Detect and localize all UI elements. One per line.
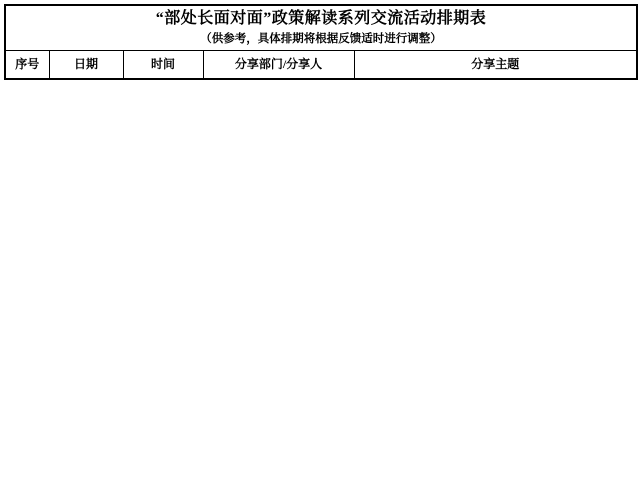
col-header-number: 序号 [5, 51, 49, 79]
title-cell: “部处长面对面”政策解读系列交流活动排期表 （供参考，具体排期将根据反馈适时进行… [5, 5, 637, 51]
document-page: “部处长面对面”政策解读系列交流活动排期表 （供参考，具体排期将根据反馈适时进行… [0, 0, 640, 499]
col-header-topic: 分享主题 [354, 51, 637, 79]
page-title: “部处长面对面”政策解读系列交流活动排期表 [6, 8, 636, 30]
title-block: “部处长面对面”政策解读系列交流活动排期表 （供参考，具体排期将根据反馈适时进行… [5, 5, 637, 51]
table-header-row: 序号 日期 时间 分享部门/分享人 分享主题 [5, 51, 637, 79]
col-header-time: 时间 [123, 51, 203, 79]
page-subtitle: （供参考，具体排期将根据反馈适时进行调整） [6, 32, 636, 48]
col-header-department: 分享部门/分享人 [203, 51, 354, 79]
col-header-date: 日期 [49, 51, 123, 79]
schedule-table: “部处长面对面”政策解读系列交流活动排期表 （供参考，具体排期将根据反馈适时进行… [4, 4, 638, 80]
